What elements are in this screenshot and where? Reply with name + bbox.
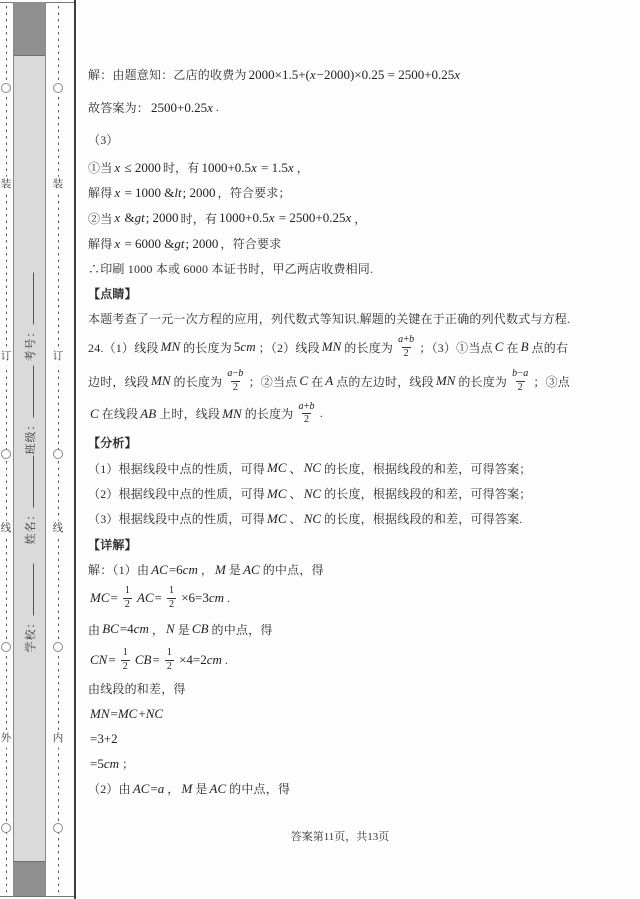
binding-hole-circle [53, 642, 63, 652]
content-line: MN=MC+NC [88, 701, 588, 726]
math-run: NC [302, 486, 324, 502]
content-line: 24.（1）线段MN的长度为5cm；（2）线段MN的长度为a+b2；（3）①当点… [88, 330, 588, 364]
math-run: BC=4cm [100, 621, 152, 637]
text-run: ；③点 [533, 373, 570, 390]
student-info-label-text: 考号： [25, 326, 37, 362]
text-run: ， [167, 780, 179, 797]
text-run: 、 [290, 485, 302, 502]
binding-line-outer: 装订线外 [0, 2, 12, 897]
student-info-label: 学校： [22, 564, 38, 653]
content-line: MC=12AC=12×6=3cm. [88, 582, 588, 614]
fraction-denominator: 2 [123, 598, 132, 611]
math-run: 2500+0.25x [149, 100, 216, 116]
math-run: NC [302, 511, 324, 527]
math-run: C [297, 373, 311, 389]
text-run: 的长度为 [183, 339, 232, 356]
math-run: NC [302, 460, 324, 476]
binding-hole-circle [1, 449, 11, 459]
math-run: CB= [133, 652, 162, 668]
text-run: 的中点，得 [263, 561, 324, 578]
content-line: ②当x &gt; 2000时，有1000+0.5x = 2500+0.25x， [88, 205, 588, 231]
student-info-blank-line [24, 456, 34, 508]
binding-line-inner: 装订线内 [52, 2, 64, 897]
math-run: AC=a [131, 781, 167, 797]
text-run: ∴印刷 1000 本或 6000 本证书时，甲乙两店收费相同. [88, 260, 373, 277]
text-run: . [225, 653, 228, 668]
math-run: M [213, 562, 229, 578]
fraction: a+b2 [396, 335, 416, 359]
text-run: ， [297, 159, 309, 176]
text-run: 是 [229, 561, 241, 578]
content-line: =3+2 [88, 726, 588, 751]
fraction-numerator: a+b [396, 335, 416, 347]
text-run: 故答案为： [88, 99, 149, 116]
content-line: 由BC=4cm，N是CB的中点，得 [88, 614, 588, 644]
text-run: 在线段 [102, 405, 139, 422]
binding-hole-circle [1, 83, 11, 93]
student-info-blank-line [24, 564, 34, 616]
text-run: 上时，线段 [159, 405, 220, 422]
math-run: MN [434, 373, 459, 389]
student-info-strip: 考号：班级：姓名：学校： [13, 2, 46, 897]
text-run: 时，有 [181, 210, 218, 227]
fraction-denominator: 2 [121, 660, 130, 673]
fraction-numerator: a+b [297, 402, 317, 414]
math-run: AC= [135, 590, 164, 606]
text-run: ， [152, 621, 164, 638]
text-run: 是 [178, 621, 190, 638]
fraction-denominator: 2 [165, 660, 174, 673]
content-line: 【点睛】 [88, 281, 588, 306]
math-run: AB [138, 406, 159, 422]
text-run: 的长度，根据线段的和差，可得答案； [324, 460, 531, 477]
fraction-numerator: 1 [123, 586, 132, 598]
math-run: ×6=3cm [179, 590, 227, 606]
math-run: M [179, 781, 195, 797]
fraction-numerator: b−a [510, 369, 530, 381]
text-run: 【详解】 [88, 536, 137, 553]
math-run: MN=MC+NC [88, 706, 166, 722]
text-run: ；②当点 [249, 373, 298, 390]
fraction: 12 [123, 586, 132, 610]
fraction-numerator: 1 [167, 586, 176, 598]
math-run: AC [208, 781, 230, 797]
fraction: a−b2 [225, 369, 245, 393]
math-run: AC=6cm [149, 562, 201, 578]
binding-char: 外 [1, 731, 12, 748]
text-run: 边时，线段 [88, 373, 149, 390]
content-line: （3） [88, 124, 588, 155]
binding-char: 内 [53, 731, 64, 748]
math-run: CB [190, 621, 212, 637]
content-line: （2）由AC=a，M是AC的中点，得 [88, 776, 588, 801]
math-run: CN= [88, 652, 118, 668]
binding-block-bottom [14, 861, 45, 897]
content-line: 解：（1）由AC=6cm，M是AC的中点，得 [88, 557, 588, 582]
binding-char: 装 [53, 177, 64, 194]
text-run: 24.（1）线段 [88, 339, 159, 356]
text-run: （2）根据线段中点的性质，可得 [88, 485, 265, 502]
content-line: （3）根据线段中点的性质，可得MC、NC的长度，根据线段的和差，可得答案. [88, 506, 588, 531]
text-run: ，符合要求 [220, 235, 281, 252]
content-line: 本题考查了一元一次方程的应用，列代数式等知识.解题的关键在于正确的列代数式与方程… [88, 306, 588, 330]
text-run: （2）由 [88, 780, 131, 797]
content-line: 解得x = 1000 &lt; 2000，符合要求； [88, 180, 588, 205]
fraction: 12 [121, 648, 130, 672]
text-run: 、 [290, 510, 302, 527]
math-run: MN [159, 339, 184, 355]
math-run: AC [241, 562, 263, 578]
binding-hole-circle [1, 823, 11, 833]
text-run: ， [354, 210, 366, 227]
page-footer: 答案第11页，共13页 [291, 828, 390, 844]
content-line: ①当x ≤ 2000时，有1000+0.5x = 1.5x， [88, 155, 588, 180]
text-run: . [216, 100, 219, 115]
binding-char: 装 [1, 177, 12, 194]
student-info-label: 考号： [22, 273, 38, 362]
text-run: 、 [290, 460, 302, 477]
math-run: MC [265, 511, 290, 527]
math-run: 1000+0.5x = 2500+0.25x [217, 210, 354, 226]
binding-char: 线 [1, 521, 12, 538]
text-run: ；（3）①当点 [419, 339, 492, 356]
fraction: a+b2 [297, 402, 317, 426]
math-run: =3+2 [88, 731, 120, 747]
text-run: 解得 [88, 184, 112, 201]
fraction-denominator: 2 [302, 413, 311, 426]
fraction: 12 [165, 648, 174, 672]
binding-char: 线 [53, 521, 64, 538]
text-run: ②当 [88, 210, 112, 227]
fraction-numerator: 1 [165, 648, 174, 660]
binding-hole-circle [53, 83, 63, 93]
math-run: 2000×1.5+(x−2000)×0.25 = 2500+0.25x [247, 67, 463, 83]
text-run: ；（2）线段 [259, 339, 320, 356]
math-run: C [88, 406, 102, 422]
content-line: 【详解】 [88, 531, 588, 557]
text-run: 的中点，得 [212, 621, 273, 638]
text-run: 点的右 [532, 339, 569, 356]
content-line: C在线段AB上时，线段MN的长度为a+b2. [88, 398, 588, 429]
text-run: 的长度，根据线段的和差，可得答案. [324, 510, 522, 527]
text-run: 的长度为 [174, 373, 223, 390]
content-line: CN=12CB=12×4=2cm. [88, 644, 588, 676]
math-run: ×4=2cm [177, 652, 225, 668]
text-run: 由线段的和差，得 [88, 680, 186, 697]
content-line: 边时，线段MN的长度为a−b2；②当点C在A点的左边时，线段MN的长度为b−a2… [88, 364, 588, 398]
text-run: ①当 [88, 159, 112, 176]
math-run: x = 1000 &lt; 2000 [112, 185, 217, 201]
text-run: 解得 [88, 235, 112, 252]
text-run: 【分析】 [88, 434, 137, 451]
text-run: 的长度为 [458, 373, 507, 390]
student-info-label: 姓名： [22, 456, 38, 545]
binding-hole-circle [53, 449, 63, 459]
math-run: N [164, 621, 178, 637]
binding-char: 订 [53, 349, 64, 366]
text-run: 在 [506, 339, 518, 356]
binding-hole-circle [53, 823, 63, 833]
text-run: ； [122, 755, 134, 772]
fraction-numerator: a−b [225, 369, 245, 381]
fraction-denominator: 2 [167, 598, 176, 611]
text-run: （1）根据线段中点的性质，可得 [88, 460, 265, 477]
text-run: 解：（1）由 [88, 561, 149, 578]
fraction: b−a2 [510, 369, 530, 393]
content-line: （2）根据线段中点的性质，可得MC、NC的长度，根据线段的和差，可得答案； [88, 481, 588, 506]
text-run: 时，有 [163, 159, 200, 176]
math-run: MC [265, 486, 290, 502]
text-run: . [227, 591, 230, 606]
text-run: 由 [88, 621, 100, 638]
text-run: 的长度为 [245, 405, 294, 422]
binding-block-top [14, 2, 45, 56]
student-info-label: 班级： [22, 366, 38, 455]
text-run: 是 [195, 780, 207, 797]
content-line: 由线段的和差，得 [88, 676, 588, 701]
text-run: 的长度，根据线段的和差，可得答案； [324, 485, 531, 502]
text-run: . [320, 406, 323, 421]
fraction-denominator: 2 [402, 347, 411, 360]
content-line: （1）根据线段中点的性质，可得MC、NC的长度，根据线段的和差，可得答案； [88, 455, 588, 481]
student-info-blank-line [24, 273, 34, 325]
math-run: x &gt; 2000 [112, 210, 180, 226]
math-run: MC [265, 460, 290, 476]
text-run: ，符合要求； [218, 184, 291, 201]
fraction-numerator: 1 [121, 648, 130, 660]
math-run: MN [220, 406, 245, 422]
math-run: A [323, 373, 336, 389]
answer-body: 解：由题意知：乙店的收费为2000×1.5+(x−2000)×0.25 = 25… [88, 58, 588, 801]
content-line: 【分析】 [88, 429, 588, 455]
content-line: 故答案为：2500+0.25x. [88, 91, 588, 124]
math-run: C [493, 339, 507, 355]
text-run: 点的左边时，线段 [336, 373, 434, 390]
fraction: 12 [167, 586, 176, 610]
text-run: ， [201, 561, 213, 578]
math-run: MN [149, 373, 174, 389]
content-line: 解：由题意知：乙店的收费为2000×1.5+(x−2000)×0.25 = 25… [88, 58, 588, 91]
binding-char: 订 [1, 349, 12, 366]
text-run: 的中点，得 [229, 780, 290, 797]
text-run: 解：由题意知：乙店的收费为 [88, 66, 247, 83]
fraction-denominator: 2 [231, 381, 240, 394]
student-info-label-text: 姓名： [25, 509, 37, 545]
margin-separator-line [74, 0, 76, 899]
text-run: 【点睛】 [88, 285, 137, 302]
content-line: ∴印刷 1000 本或 6000 本证书时，甲乙两店收费相同. [88, 256, 588, 281]
content-line: =5cm； [88, 751, 588, 776]
fraction-denominator: 2 [516, 381, 525, 394]
content-line: 解得x = 6000 &gt; 2000，符合要求 [88, 231, 588, 256]
text-run: 本题考查了一元一次方程的应用，列代数式等知识.解题的关键在于正确的列代数式与方程… [88, 310, 570, 327]
math-run: MC= [88, 590, 120, 606]
math-run: B [519, 339, 532, 355]
math-run: x = 6000 &gt; 2000 [112, 236, 220, 252]
math-run: MN [320, 339, 345, 355]
text-run: 在 [311, 373, 323, 390]
text-run: （3） [88, 131, 119, 148]
math-run: 5cm [232, 339, 259, 355]
binding-hole-circle [1, 642, 11, 652]
math-run: =5cm [88, 756, 122, 772]
math-run: 1000+0.5x = 1.5x [199, 160, 296, 176]
student-info-label-text: 班级： [25, 419, 37, 455]
math-run: x ≤ 2000 [112, 160, 162, 176]
student-info-blank-line [24, 366, 34, 418]
text-run: （3）根据线段中点的性质，可得 [88, 510, 265, 527]
text-run: 的长度为 [344, 339, 393, 356]
student-info-label-text: 学校： [25, 617, 37, 653]
